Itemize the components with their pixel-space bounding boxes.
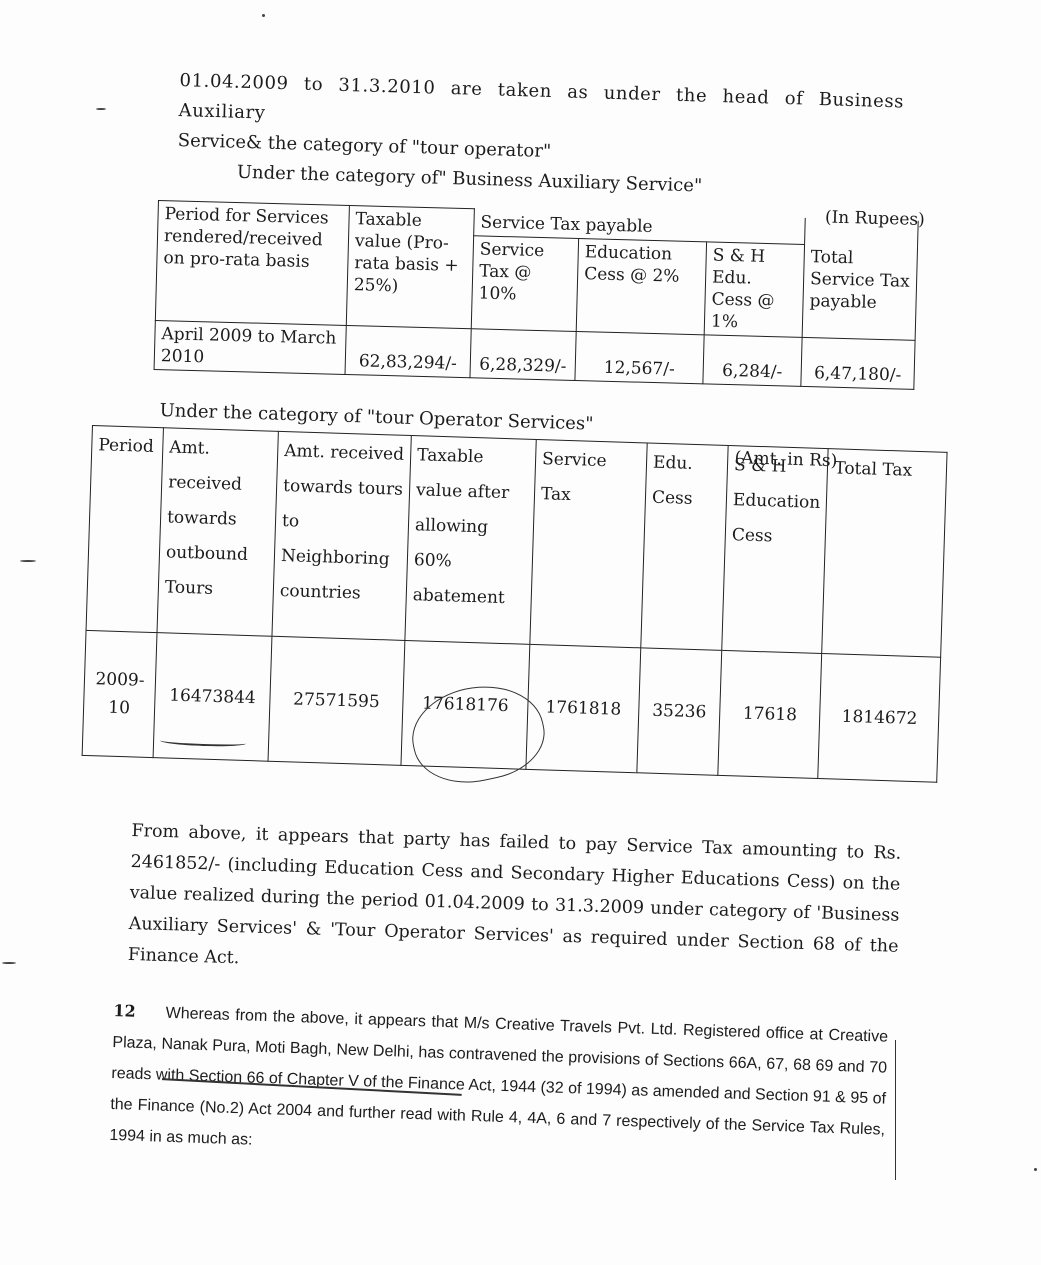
header-education-cess-2: Education Cess @ 2% <box>576 238 706 334</box>
paragraph-finding: From above, it appears that party has fa… <box>127 816 901 994</box>
tour-table-header-6: S & H Education Cess <box>722 445 829 653</box>
scanned-page: 01.04.2009 to 31.3.2010 are taken as und… <box>0 0 1041 1265</box>
header-sh-edu-cess-1: S & H Edu. Cess @ 1% <box>704 241 804 337</box>
tour-table-header-1: Amt. received towards outbound Tours <box>157 428 278 637</box>
cell-sh-cess: 6,284/- <box>703 334 802 386</box>
service-tax-payable-label: Service Tax payable <box>480 212 653 236</box>
scan-speck <box>96 108 106 110</box>
tour-table-header-4: Service Tax <box>530 439 647 647</box>
tour-table-header-7: Total Tax <box>822 449 947 658</box>
tour-table-cell-5: 35236 <box>637 648 722 775</box>
header-total-service-tax: Total Service Tax payable <box>802 217 918 339</box>
handwritten-margin-bracket <box>895 1040 902 1180</box>
scan-speck <box>2 962 16 964</box>
header-period: Period for Services rendered/received on… <box>155 201 349 325</box>
cell-period: April 2009 to March 2010 <box>154 320 346 374</box>
tour-table-header-5: Edu. Cess <box>641 443 728 650</box>
tour-table-header-2: Amt. received towards tours to Neighbori… <box>272 431 411 640</box>
business-auxiliary-table: Period for Services rendered/received on… <box>154 200 919 389</box>
cell-education-cess: 12,567/- <box>575 331 704 383</box>
cell-service-tax: 6,28,329/- <box>470 328 576 380</box>
header-service-tax-10: Service Tax @ 10% <box>471 235 578 331</box>
tour-table-cell-6: 17618 <box>718 650 822 778</box>
scan-speck <box>20 560 36 562</box>
scan-speck <box>1034 1168 1037 1171</box>
tour-table-header-0: Period <box>86 426 163 633</box>
cell-taxable-value: 62,83,294/- <box>345 325 471 377</box>
paragraph-12: 12Whereas from the above, it appears tha… <box>109 995 889 1177</box>
tour-table-cell-4: 1761818 <box>526 644 641 772</box>
tour-table-cell-2: 27571595 <box>268 636 405 765</box>
tour-table-cell-7: 1814672 <box>818 654 941 783</box>
intro-text: 01.04.2009 to 31.3.2010 are taken as und… <box>176 66 949 209</box>
unit-label: (In Rupees) <box>825 206 925 231</box>
tour-table-cell-0: 2009-10 <box>82 630 157 757</box>
header-taxable-value: Taxable value (Pro-rata basis + 25%) <box>346 206 474 329</box>
tour-table-header-3: Taxable value after allowing 60% abateme… <box>405 436 536 645</box>
cell-total: 6,47,180/- <box>801 337 915 389</box>
scan-speck <box>262 14 265 17</box>
paragraph-number: 12 <box>113 1001 136 1021</box>
